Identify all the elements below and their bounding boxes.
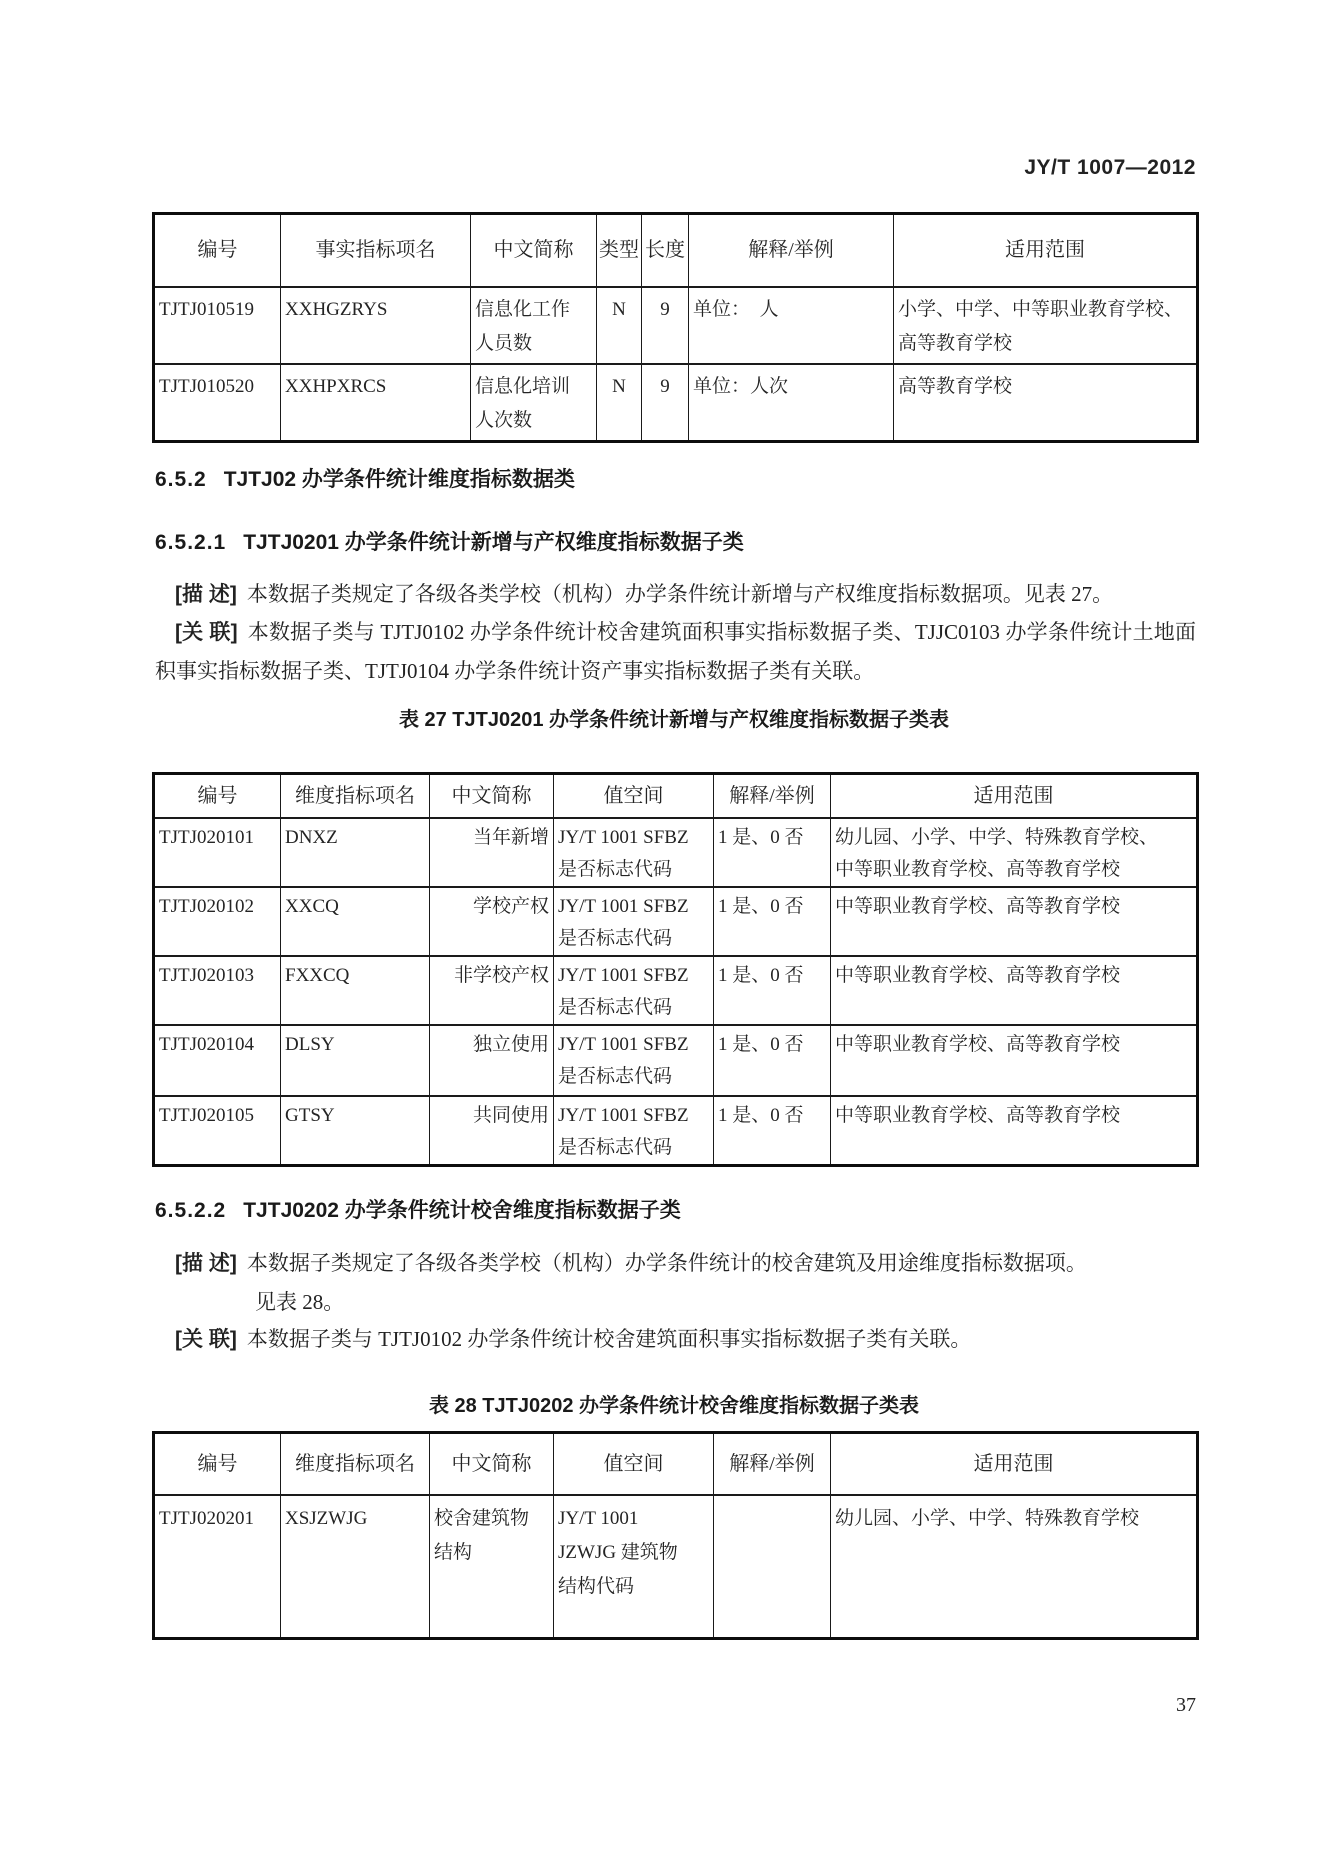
cell-item-name: XSJZWJG [281,1495,430,1639]
cell-explain: 1 是、0 否 [714,1096,831,1166]
table-row: TJTJ020201 XSJZWJG 校舍建筑物 结构 JY/T 1001 JZ… [154,1495,1198,1639]
cell-code: TJTJ010519 [154,287,281,364]
column-header: 事实指标项名 [281,214,471,287]
column-header: 值空间 [554,774,714,818]
section-title: TJTJ02 办学条件统计维度指标数据类 [224,468,575,491]
column-header: 中文简称 [471,214,597,287]
column-header: 适用范围 [831,774,1198,818]
table-row: TJTJ010519 XXHGZRYS 信息化工作 人员数 N 9 单位： 人 … [154,287,1198,364]
cell-item-name: FXXCQ [281,956,430,1025]
cell-scope: 小学、中学、中等职业教育学校、 高等教育学校 [894,287,1198,364]
paragraph-text: 本数据子类规定了各级各类学校（机构）办学条件统计的校舍建筑及用途维度指标数据项。 [247,1251,1087,1275]
column-header: 解释/举例 [689,214,894,287]
cell-scope: 中等职业教育学校、高等教育学校 [831,1025,1198,1096]
cell-explain: 1 是、0 否 [714,1025,831,1096]
column-header: 编号 [154,774,281,818]
table-28-caption: 表 28 TJTJ0202 办学条件统计校舍维度指标数据子类表 [152,1389,1196,1418]
table-row: TJTJ020104 DLSY 独立使用 JY/T 1001 SFBZ 是否标志… [154,1025,1198,1096]
table-row: TJTJ020101 DNXZ 当年新增 JY/T 1001 SFBZ 是否标志… [154,818,1198,887]
column-header: 适用范围 [894,214,1198,287]
document-header: JY/T 1007—2012 [1024,156,1196,180]
cell-code: TJTJ020103 [154,956,281,1025]
paragraph-text: 本数据子类与 TJTJ0102 办学条件统计校舍建筑面积事实指标数据子类有关联。 [247,1327,972,1351]
cell-item-name: DNXZ [281,818,430,887]
cell-scope: 中等职业教育学校、高等教育学校 [831,956,1198,1025]
cell-scope: 幼儿园、小学、中学、特殊教育学校 [831,1495,1198,1639]
paragraph-description: [描 述]本数据子类规定了各级各类学校（机构）办学条件统计新增与产权维度指标数据… [155,575,1196,614]
cell-explain: 单位： 人 [689,287,894,364]
cell-explain: 1 是、0 否 [714,956,831,1025]
column-header: 解释/举例 [714,1433,831,1495]
table-header-row: 编号 维度指标项名 中文简称 值空间 解释/举例 适用范围 [154,1433,1198,1495]
paragraph-text: 本数据子类与 TJTJ0102 办学条件统计校舍建筑面积事实指标数据子类、TJJ… [155,620,1196,683]
column-header: 编号 [154,214,281,287]
section-heading-6-5-2-1: 6.5.2.1TJTJ0201 办学条件统计新增与产权维度指标数据子类 [155,526,744,556]
cell-scope: 中等职业教育学校、高等教育学校 [831,1096,1198,1166]
paragraph-text-line2: 见表 28。 [255,1290,344,1314]
cell-cn-name: 当年新增 [430,818,554,887]
paragraph-text: 本数据子类规定了各级各类学校（机构）办学条件统计新增与产权维度指标数据项。见表 … [247,582,1113,606]
section-number: 6.5.2 [155,468,207,491]
cell-cn-name: 校舍建筑物 结构 [430,1495,554,1639]
cell-item-name: XXCQ [281,887,430,956]
cell-type: N [597,364,642,442]
table-row: TJTJ020103 FXXCQ 非学校产权 JY/T 1001 SFBZ 是否… [154,956,1198,1025]
cell-length: 9 [642,287,689,364]
paragraph-relation: [关 联]本数据子类与 TJTJ0102 办学条件统计校舍建筑面积事实指标数据子… [155,1320,1196,1359]
cell-type: N [597,287,642,364]
cell-code: TJTJ010520 [154,364,281,442]
cell-value-space: JY/T 1001 SFBZ 是否标志代码 [554,956,714,1025]
cell-code: TJTJ020102 [154,887,281,956]
cell-cn-name: 信息化工作 人员数 [471,287,597,364]
cell-length: 9 [642,364,689,442]
cell-code: TJTJ020101 [154,818,281,887]
cell-cn-name: 独立使用 [430,1025,554,1096]
cell-item-name: GTSY [281,1096,430,1166]
cell-cn-name: 共同使用 [430,1096,554,1166]
cell-value-space: JY/T 1001 SFBZ 是否标志代码 [554,1096,714,1166]
table-28-dimension-indicators: 编号 维度指标项名 中文简称 值空间 解释/举例 适用范围 TJTJ020201… [152,1431,1199,1640]
cell-explain: 1 是、0 否 [714,887,831,956]
cell-item-name: XXHGZRYS [281,287,471,364]
column-header: 类型 [597,214,642,287]
paragraph-relation: [关 联]本数据子类与 TJTJ0102 办学条件统计校舍建筑面积事实指标数据子… [155,613,1196,690]
cell-code: TJTJ020201 [154,1495,281,1639]
column-header: 适用范围 [831,1433,1198,1495]
column-header: 解释/举例 [714,774,831,818]
cell-value-space: JY/T 1001 JZWJG 建筑物 结构代码 [554,1495,714,1639]
cell-value-space: JY/T 1001 SFBZ 是否标志代码 [554,887,714,956]
table-row: TJTJ010520 XXHPXRCS 信息化培训 人次数 N 9 单位：人次 … [154,364,1198,442]
column-header: 中文简称 [430,1433,554,1495]
cell-code: TJTJ020105 [154,1096,281,1166]
cell-value-space: JY/T 1001 SFBZ 是否标志代码 [554,818,714,887]
table-27-caption: 表 27 TJTJ0201 办学条件统计新增与产权维度指标数据子类表 [152,703,1196,732]
column-header: 编号 [154,1433,281,1495]
paragraph-label: [描 述] [175,1252,237,1275]
cell-explain: 1 是、0 否 [714,818,831,887]
paragraph-label: [关 联] [175,1328,237,1351]
section-heading-6-5-2-2: 6.5.2.2TJTJ0202 办学条件统计校舍维度指标数据子类 [155,1194,681,1224]
cell-scope: 中等职业教育学校、高等教育学校 [831,887,1198,956]
paragraph-description: [描 述]本数据子类规定了各级各类学校（机构）办学条件统计的校舍建筑及用途维度指… [155,1244,1196,1321]
document-page: JY/T 1007—2012 编号 事实指标项名 中文简称 类型 长度 解释/举… [0,0,1323,1871]
column-header: 长度 [642,214,689,287]
table-row: TJTJ020102 XXCQ 学校产权 JY/T 1001 SFBZ 是否标志… [154,887,1198,956]
cell-code: TJTJ020104 [154,1025,281,1096]
page-number: 37 [1176,1694,1196,1717]
cell-item-name: XXHPXRCS [281,364,471,442]
table-27-dimension-indicators: 编号 维度指标项名 中文简称 值空间 解释/举例 适用范围 TJTJ020101… [152,772,1199,1167]
column-header: 维度指标项名 [281,1433,430,1495]
cell-explain [714,1495,831,1639]
section-title: TJTJ0202 办学条件统计校舍维度指标数据子类 [243,1199,681,1222]
table-header-row: 编号 维度指标项名 中文简称 值空间 解释/举例 适用范围 [154,774,1198,818]
cell-cn-name: 非学校产权 [430,956,554,1025]
section-title: TJTJ0201 办学条件统计新增与产权维度指标数据子类 [243,531,744,554]
section-number: 6.5.2.2 [155,1199,226,1222]
table-fact-indicators-continued: 编号 事实指标项名 中文简称 类型 长度 解释/举例 适用范围 TJTJ0105… [152,212,1199,443]
cell-value-space: JY/T 1001 SFBZ 是否标志代码 [554,1025,714,1096]
column-header: 值空间 [554,1433,714,1495]
cell-cn-name: 信息化培训 人次数 [471,364,597,442]
column-header: 中文简称 [430,774,554,818]
cell-cn-name: 学校产权 [430,887,554,956]
table-row: TJTJ020105 GTSY 共同使用 JY/T 1001 SFBZ 是否标志… [154,1096,1198,1166]
section-heading-6-5-2: 6.5.2TJTJ02 办学条件统计维度指标数据类 [155,463,575,493]
paragraph-label: [描 述] [175,583,237,606]
section-number: 6.5.2.1 [155,531,226,554]
column-header: 维度指标项名 [281,774,430,818]
cell-scope: 高等教育学校 [894,364,1198,442]
table-header-row: 编号 事实指标项名 中文简称 类型 长度 解释/举例 适用范围 [154,214,1198,287]
cell-explain: 单位：人次 [689,364,894,442]
cell-scope: 幼儿园、小学、中学、特殊教育学校、 中等职业教育学校、高等教育学校 [831,818,1198,887]
paragraph-label: [关 联] [175,621,238,644]
cell-item-name: DLSY [281,1025,430,1096]
